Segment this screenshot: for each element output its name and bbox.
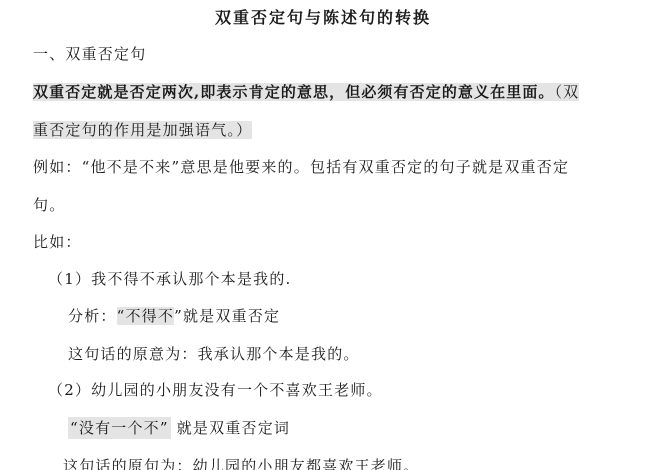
document-page: 双重否定句与陈述句的转换 一、双重否定句 双重否定就是否定两次,即表示肯定的意思… xyxy=(0,0,646,470)
example2-original-meaning: 这句话的原句为：幼儿园的小朋友都喜欢王老师。 xyxy=(63,456,419,470)
example-intro-line2: 句。 xyxy=(33,195,65,215)
analysis-prefix: 分析： xyxy=(68,307,117,325)
definition-bold-text: 双重否定就是否定两次,即表示肯定的意思，但必须有否定的意义在里面。 xyxy=(33,83,555,101)
analysis-suffix: ”就是双重否定 xyxy=(174,307,280,325)
section-heading: 一、双重否定句 xyxy=(33,44,146,64)
document-title: 双重否定句与陈述句的转换 xyxy=(0,8,646,28)
definition-paragraph-line2: 重否定句的作用是加强语气。） xyxy=(33,120,252,140)
definition-paragraph-line1: 双重否定就是否定两次,即表示肯定的意思，但必须有否定的意义在里面。（双 xyxy=(33,82,579,102)
example1-analysis: 分析：“不得不”就是双重否定 xyxy=(68,306,280,326)
example1-original-meaning: 这句话的原意为：我承认那个本是我的。 xyxy=(68,344,360,364)
analysis-suffix: 就是双重否定词 xyxy=(171,419,290,437)
analysis-highlight: “不得不 xyxy=(117,307,174,325)
definition-paren-start: （双 xyxy=(555,83,580,101)
example2-analysis: “没有一个不” 就是双重否定词 xyxy=(68,418,290,438)
example-intro-line1: 例如：“他不是不来”意思是他要来的。包括有双重否定的句子就是双重否定 xyxy=(33,157,569,177)
bi-ru-label: 比如： xyxy=(33,232,82,252)
definition-paren-end: 重否定句的作用是加强语气。） xyxy=(33,121,252,139)
example2-sentence: （2）幼儿园的小朋友没有一个不喜欢王老师。 xyxy=(48,380,383,400)
analysis-highlight: “没有一个不” xyxy=(68,417,171,439)
example1-sentence: （1）我不得不承认那个本是我的. xyxy=(48,269,292,289)
